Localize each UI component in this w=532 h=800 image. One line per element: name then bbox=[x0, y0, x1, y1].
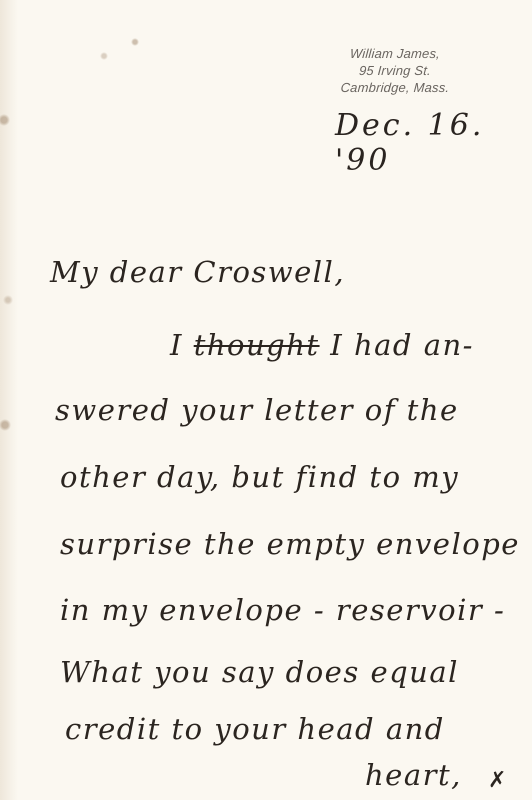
body-line-1-start: I bbox=[170, 328, 194, 362]
body-line-3: other day, but find to my bbox=[60, 460, 459, 494]
body-line-1-end: I had an- bbox=[320, 328, 474, 362]
struck-word: thought bbox=[194, 328, 320, 362]
letterhead-street: 95 Irving St. bbox=[329, 62, 460, 79]
letterhead-city: Cambridge, Mass. bbox=[329, 79, 460, 96]
letterhead-name: William James, bbox=[329, 45, 460, 62]
body-line-1: I thought I had an- bbox=[170, 328, 474, 362]
salutation: My dear Croswell, bbox=[50, 255, 345, 289]
body-line-5: in my envelope - reservoir - bbox=[60, 593, 505, 627]
letter-date: Dec. 16. '90 bbox=[335, 108, 532, 178]
body-line-7: credit to your head and bbox=[65, 712, 445, 746]
letterhead-stamp: William James, 95 Irving St. Cambridge, … bbox=[330, 45, 460, 96]
body-line-8: heart, bbox=[365, 758, 462, 792]
continuation-mark-icon: ✗ bbox=[488, 768, 506, 793]
body-line-2: swered your letter of the bbox=[55, 393, 459, 427]
body-line-4: surprise the empty envelope bbox=[60, 527, 520, 561]
body-line-6: What you say does equal bbox=[60, 655, 459, 689]
